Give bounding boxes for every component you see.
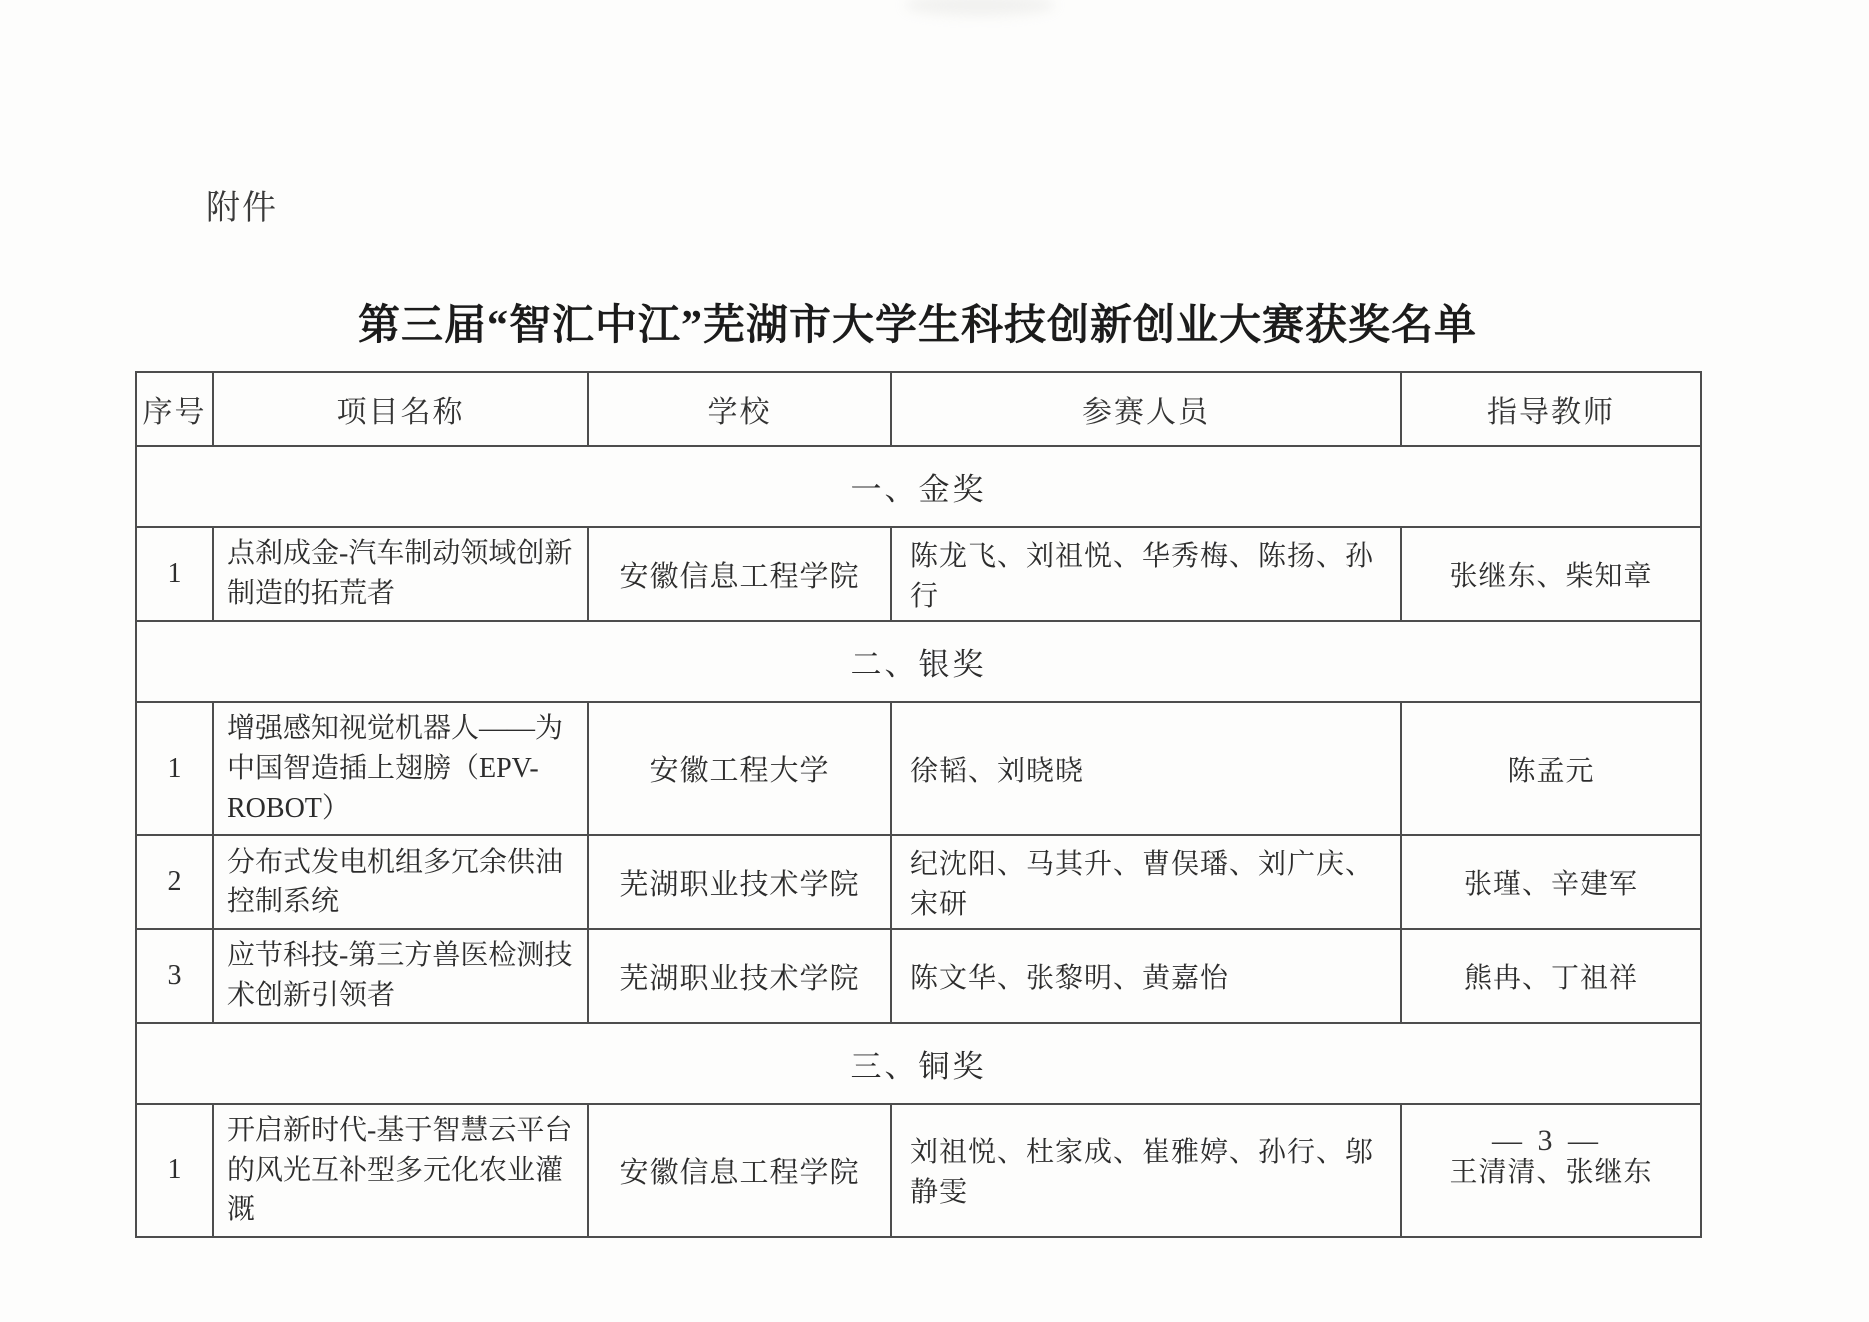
award-section-label: 一、金奖 — [136, 446, 1701, 527]
awards-table-body: 一、金奖 1 点刹成金-汽车制动领域创新制造的拓荒者 安徽信息工程学院 陈龙飞、… — [136, 446, 1701, 1237]
award-section-row: 二、银奖 — [136, 621, 1701, 702]
cell-participants: 徐韬、刘晓晓 — [891, 702, 1401, 835]
cell-school: 安徽信息工程学院 — [588, 527, 891, 621]
cell-project: 增强感知视觉机器人——为中国智造插上翅膀（EPV-ROBOT） — [213, 702, 588, 835]
award-section-row: 一、金奖 — [136, 446, 1701, 527]
cell-advisors: 张瑾、辛建军 — [1401, 835, 1701, 929]
awards-table: 序号 项目名称 学校 参赛人员 指导教师 一、金奖 1 点刹成金-汽车制动领域创… — [135, 371, 1702, 1238]
table-header-row: 序号 项目名称 学校 参赛人员 指导教师 — [136, 372, 1701, 446]
scanned-document-page: { "page": { "attachment_label": "附件", "t… — [0, 0, 1869, 1322]
cell-index: 1 — [136, 702, 213, 835]
cell-index: 1 — [136, 527, 213, 621]
cell-advisors: 熊冉、丁祖祥 — [1401, 929, 1701, 1023]
column-header-participants: 参赛人员 — [891, 372, 1401, 446]
cell-participants: 纪沈阳、马其升、曹俣璠、刘广庆、宋研 — [891, 835, 1401, 929]
page-number: — 3 — — [1492, 1124, 1602, 1158]
cell-participants: 陈文华、张黎明、黄嘉怡 — [891, 929, 1401, 1023]
award-section-label: 二、银奖 — [136, 621, 1701, 702]
cell-school: 安徽工程大学 — [588, 702, 891, 835]
scan-smudge-artifact — [905, 0, 1055, 16]
cell-advisors: 陈孟元 — [1401, 702, 1701, 835]
cell-project: 分布式发电机组多冗余供油控制系统 — [213, 835, 588, 929]
cell-project: 开启新时代-基于智慧云平台的风光互补型多元化农业灌溉 — [213, 1104, 588, 1237]
column-header-project: 项目名称 — [213, 372, 588, 446]
table-row: 3 应节科技-第三方兽医检测技术创新引领者 芜湖职业技术学院 陈文华、张黎明、黄… — [136, 929, 1701, 1023]
cell-participants: 刘祖悦、杜家成、崔雅婷、孙行、邬静雯 — [891, 1104, 1401, 1237]
cell-school: 芜湖职业技术学院 — [588, 835, 891, 929]
cell-project: 应节科技-第三方兽医检测技术创新引领者 — [213, 929, 588, 1023]
award-section-row: 三、铜奖 — [136, 1023, 1701, 1104]
award-section-label: 三、铜奖 — [136, 1023, 1701, 1104]
column-header-school: 学校 — [588, 372, 891, 446]
attachment-label: 附件 — [206, 180, 278, 229]
table-row: 1 开启新时代-基于智慧云平台的风光互补型多元化农业灌溉 安徽信息工程学院 刘祖… — [136, 1104, 1701, 1237]
cell-school: 芜湖职业技术学院 — [588, 929, 891, 1023]
cell-index: 2 — [136, 835, 213, 929]
cell-project: 点刹成金-汽车制动领域创新制造的拓荒者 — [213, 527, 588, 621]
cell-participants: 陈龙飞、刘祖悦、华秀梅、陈扬、孙行 — [891, 527, 1401, 621]
column-header-advisors: 指导教师 — [1401, 372, 1701, 446]
cell-index: 1 — [136, 1104, 213, 1237]
document-title: 第三届“智汇中江”芜湖市大学生科技创新创业大赛获奖名单 — [135, 300, 1700, 353]
table-row: 2 分布式发电机组多冗余供油控制系统 芜湖职业技术学院 纪沈阳、马其升、曹俣璠、… — [136, 835, 1701, 929]
table-row: 1 点刹成金-汽车制动领域创新制造的拓荒者 安徽信息工程学院 陈龙飞、刘祖悦、华… — [136, 527, 1701, 621]
cell-advisors: 张继东、柴知章 — [1401, 527, 1701, 621]
cell-index: 3 — [136, 929, 213, 1023]
cell-school: 安徽信息工程学院 — [588, 1104, 891, 1237]
table-row: 1 增强感知视觉机器人——为中国智造插上翅膀（EPV-ROBOT） 安徽工程大学… — [136, 702, 1701, 835]
column-header-index: 序号 — [136, 372, 213, 446]
